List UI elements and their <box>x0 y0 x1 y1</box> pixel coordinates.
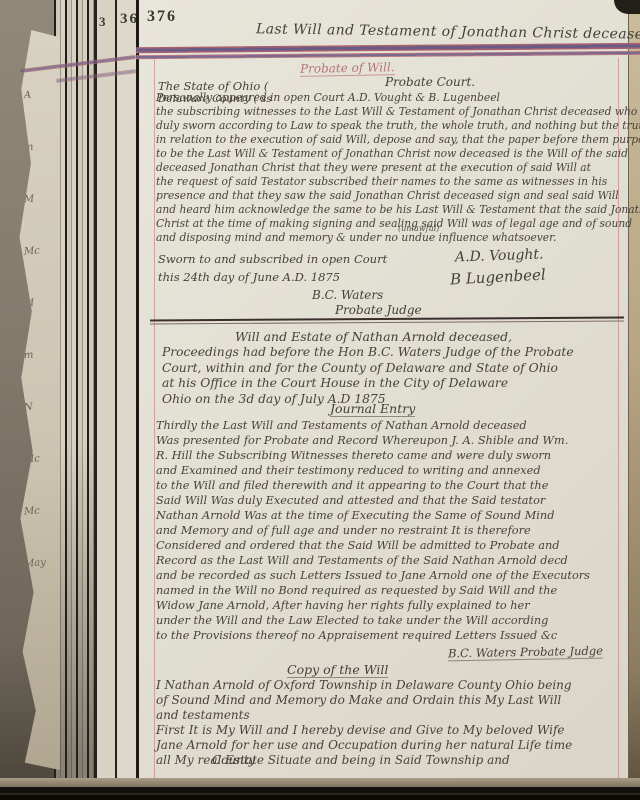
arnold-section-heading: Will and Estate of Nathan Arnold decease… <box>235 329 512 344</box>
edge-text-fragment: Mc <box>24 245 41 257</box>
handwritten-line: Record as the Last Will and Testaments o… <box>156 553 624 568</box>
handwritten-line: Proceedings had before the Hon B.C. Wate… <box>162 345 622 361</box>
book-bottom-edge <box>0 787 640 800</box>
handwritten-line: at his Office in the Court House in the … <box>162 376 622 392</box>
sworn-line: Sworn to and subscribed in open Court <box>158 252 387 266</box>
handwritten-line: Considered and ordered that the Said Wil… <box>156 538 624 553</box>
handwritten-line: in relation to the execution of said Wil… <box>156 133 624 147</box>
handwritten-line: to the Provisions thereof no Appraisemen… <box>156 628 624 643</box>
handwritten-line: deceased Jonathan Christ that they were … <box>156 161 624 175</box>
handwritten-line: Said Will Was duly Executed and attested… <box>156 493 624 508</box>
handwritten-line: Christ at the time of making signing and… <box>156 217 624 231</box>
date-line: this 24th day of June A.D. 1875 <box>158 270 340 284</box>
page-number: 376 <box>147 8 177 26</box>
probate-testimony-paragraph: Personally appeared in open Court A.D. V… <box>156 91 624 245</box>
handwritten-line: the subscribing witnesses to the Last Wi… <box>156 105 624 119</box>
handwritten-line: Was presented for Probate and Record Whe… <box>156 433 624 448</box>
handwritten-line: and be recorded as such Letters Issued t… <box>156 568 624 583</box>
will-last-word: County <box>212 753 255 767</box>
handwritten-line: presence and that they saw the said Jona… <box>156 189 624 203</box>
probate-of-will-heading: Probate of Will. <box>300 60 395 77</box>
handwritten-line: I Nathan Arnold of Oxford Township in De… <box>156 678 626 693</box>
journal-entry-paragraph: Thirdly the Last Will and Testaments of … <box>156 418 624 643</box>
page-edge-strip: 3 <box>94 0 115 800</box>
edge-text-fragment: A <box>24 90 32 101</box>
handwritten-line: duly sworn according to Law to speak the… <box>156 119 624 133</box>
handwritten-line: Jane Arnold for her use and Occupation d… <box>156 738 626 753</box>
page-edge-strip: 36 <box>115 0 138 800</box>
handwritten-line: of Sound Mind and Memory do Make and Ord… <box>156 693 626 708</box>
handwritten-line: named in the Will no Bond required as re… <box>156 583 624 598</box>
handwritten-line: to the Will and filed therewith and it a… <box>156 478 624 493</box>
handwritten-line: and Examined and their testimony reduced… <box>156 463 624 478</box>
handwritten-line: and Memory and of full age and under no … <box>156 523 624 538</box>
handwritten-line: Court, within and for the County of Dela… <box>162 361 622 377</box>
judge-signature: B.C. Waters <box>312 288 383 302</box>
judge-title: Probate Judge <box>335 303 422 317</box>
handwritten-line: Personally appeared in open Court A.D. V… <box>156 91 624 105</box>
left-margin-line <box>154 58 155 780</box>
handwritten-line: and testaments <box>156 708 626 723</box>
handwritten-line: R. Hill the Subscribing Witnesses theret… <box>156 448 624 463</box>
record-book-photo: AmMMcMmNMcMcMay 3 36 376 Last Will and T… <box>0 0 640 800</box>
inserted-word: (unlawful) <box>398 224 439 233</box>
handwritten-line: the request of said Testator subscribed … <box>156 175 624 189</box>
probate-court-heading: Probate Court. <box>385 75 475 89</box>
handwritten-line: and heard him acknowledge the same to be… <box>156 203 624 217</box>
handwritten-line: Widow Jane Arnold, After having her righ… <box>156 598 624 613</box>
edge-text-fragment: Mc <box>24 505 41 517</box>
handwritten-line: First It is My Will and I hereby devise … <box>156 723 626 738</box>
handwritten-line: under the Will and the Law Elected to ta… <box>156 613 624 628</box>
journal-entry-heading: Journal Entry <box>330 401 415 417</box>
page-number-behind-2: 3 <box>99 14 108 30</box>
handwritten-line: and disposing mind and memory & under no… <box>156 231 624 245</box>
judge-signature-arnold: B.C. Waters Probate Judge <box>448 644 603 662</box>
handwritten-line: Nathan Arnold Was at the time of Executi… <box>156 508 624 523</box>
copy-of-will-heading: Copy of the Will <box>287 662 388 678</box>
proceedings-paragraph: Proceedings had before the Hon B.C. Wate… <box>162 345 622 407</box>
handwritten-line: to be the Last Will & Testament of Jonat… <box>156 147 624 161</box>
handwritten-line: Thirdly the Last Will and Testaments of … <box>156 418 624 433</box>
witness-signature-vought: A.D. Vought. <box>455 246 544 265</box>
